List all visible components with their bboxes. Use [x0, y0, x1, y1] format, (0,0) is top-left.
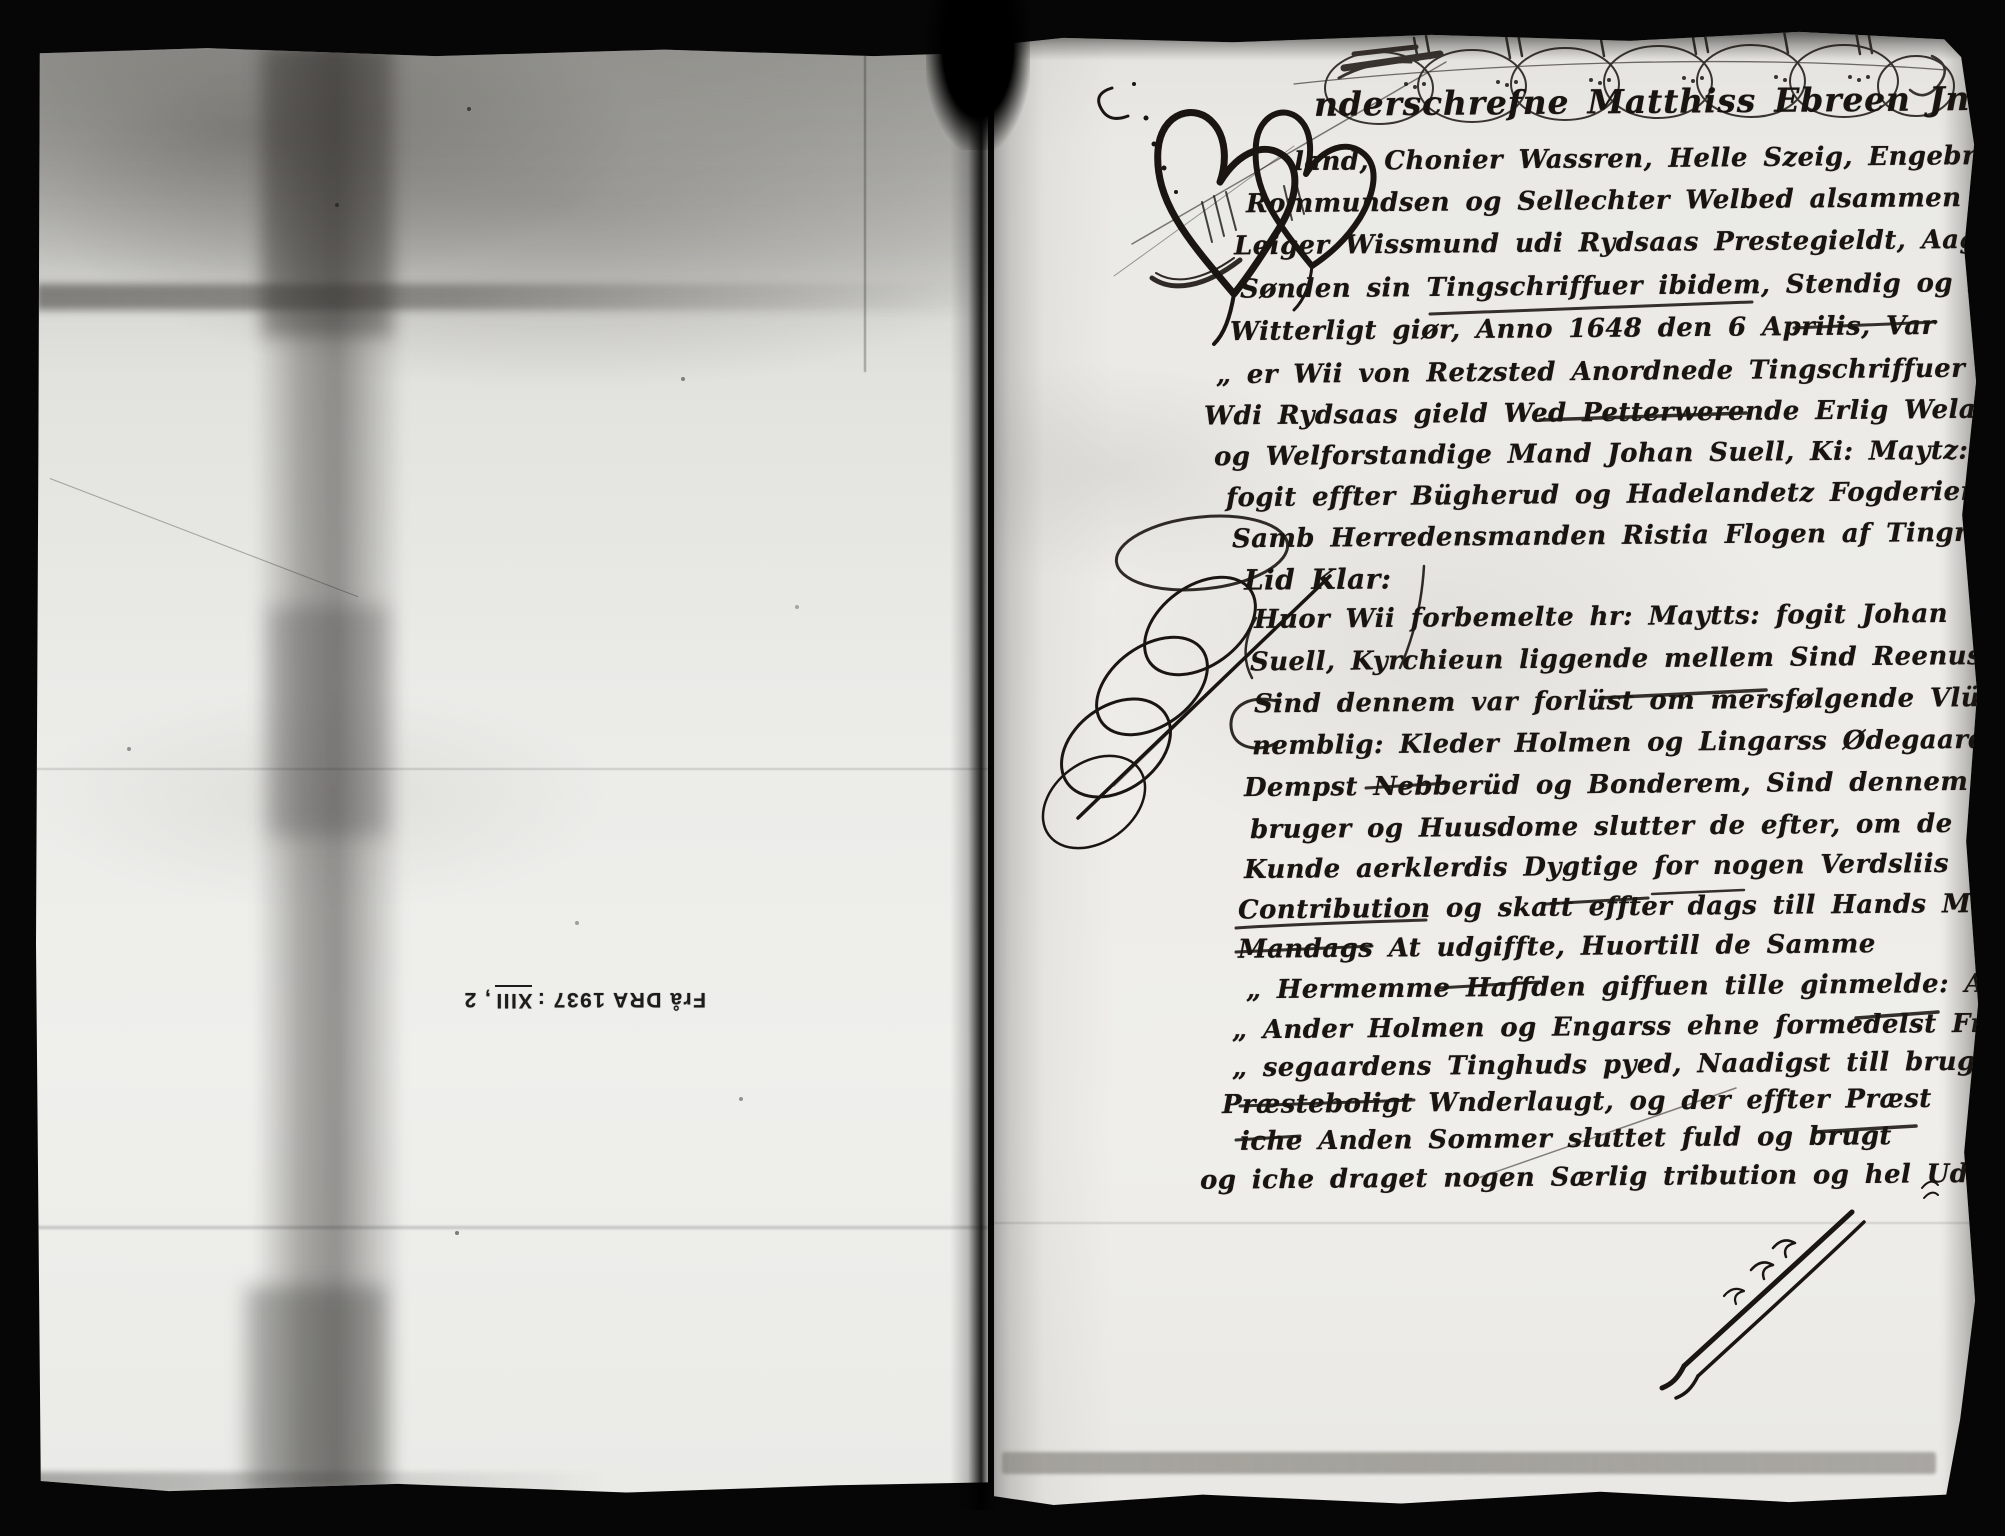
manuscript-line: Lid Klar: — [1244, 562, 1392, 597]
manuscript-line: land, Chonier Wassren, Helle Szeig, Enge… — [1294, 141, 2005, 178]
signature-flourish — [1662, 1212, 1864, 1398]
manuscript-photo: Frå DRA 1937 : XIII , 2 nderschrefne Mat… — [0, 0, 2005, 1536]
stamp-suffix: , 2 — [463, 987, 491, 1011]
underlying-sheet-edge — [1002, 1452, 1936, 1474]
manuscript-line: Kunde aerklerdis Dygtige for nogen Verds… — [1244, 849, 1949, 886]
manuscript-line: „ er Wii von Retzsted Anordnede Tingschr… — [1216, 354, 1966, 392]
manuscript-line: Contribution og skatt effter dags till H… — [1238, 889, 2005, 927]
manuscript-line: „ Ander Holmen og Engarss ehne formedels… — [1232, 1009, 2005, 1047]
manuscript-line: Dempst Nebberüd og Bonderem, Sind dennem — [1244, 767, 1969, 805]
stamp-catalog-number: XIII — [495, 986, 533, 1013]
fold-crease — [36, 768, 988, 770]
manuscript-line: nderschrefne Matthiss Ebreen Jngüll Höüc… — [1314, 77, 2005, 124]
right-page: nderschrefne Matthiss Ebreen Jngüll Höüc… — [994, 26, 1988, 1508]
top-stain — [36, 46, 988, 321]
manuscript-line: „ segaardens Tinghuds pyed, Naadigst til… — [1232, 1047, 1991, 1085]
gutter-top-shadow — [926, 0, 1030, 150]
manuscript-line: Mandags At udgiffte, Huortill de Samme — [1238, 929, 1876, 966]
manuscript-line: Wdi Rydsaas gield Wed Petterwerende Erli… — [1204, 394, 2005, 432]
manuscript-line: Witterligt giør, Anno 1648 den 6 Aprilis… — [1230, 311, 1936, 348]
manuscript-line: fogit effter Bügherud og Hadelandetz Fog… — [1226, 477, 1975, 515]
manuscript-line: Præsteboligt Wnderlaugt, og der effter P… — [1222, 1084, 1932, 1121]
manuscript-line: og Welforstandige Mand Johan Suell, Ki: … — [1214, 436, 1969, 474]
fold-crease — [994, 1222, 1988, 1224]
manuscript-line: iche Anden Sommer sluttet fuld og brugt — [1240, 1121, 1892, 1158]
manuscript-line: Sønden sin Tingschriffuer ibidem, Stendi… — [1240, 267, 2005, 306]
stain-segment — [268, 606, 388, 836]
binding-gutter — [950, 28, 1010, 1510]
stain-segment — [262, 46, 392, 336]
manuscript-line: og iche draget nogen Særlig tribution og… — [1200, 1158, 2005, 1197]
stamp-prefix: Frå DRA 1937 : — [536, 987, 706, 1011]
left-page: Frå DRA 1937 : XIII , 2 — [36, 46, 988, 1494]
manuscript-line: „ Hermemme Haffden giffuen tille ginmeld… — [1246, 969, 1997, 1007]
fold-crease — [36, 1226, 988, 1229]
manuscript-line: Samb Herredensmanden Ristia Flogen af Ti… — [1232, 518, 1998, 556]
manuscript-line: Suell, Kyrchieun liggende mellem Sind Re… — [1250, 641, 2005, 679]
horizontal-stain-smear — [36, 284, 966, 310]
top-edge-shadow — [994, 26, 1988, 60]
manuscript-line: nemblig: Kleder Holmen og Lingarss Ødega… — [1252, 725, 1987, 763]
paper-crack — [864, 52, 866, 372]
manuscript-line: Huor Wii forbemelte hr: Maytts: fogit Jo… — [1254, 599, 1948, 636]
manuscript-line: bruger og Huusdome slutter de efter, om … — [1250, 809, 1953, 846]
archive-stamp: Frå DRA 1937 : XIII , 2 — [431, 968, 706, 1030]
bottom-edge-shading — [36, 1472, 607, 1494]
manuscript-line: Leiger Wissmund udi Rydsaas Prestegieldt… — [1234, 225, 2005, 263]
ink-specks — [36, 46, 38, 48]
manuscript-line: Rommundsen og Sellechter Welbed alsammen… — [1246, 183, 2004, 221]
stain-segment — [246, 1286, 386, 1496]
manuscript-line: Sind dennem var forlüst om mersfølgende … — [1254, 683, 2005, 721]
